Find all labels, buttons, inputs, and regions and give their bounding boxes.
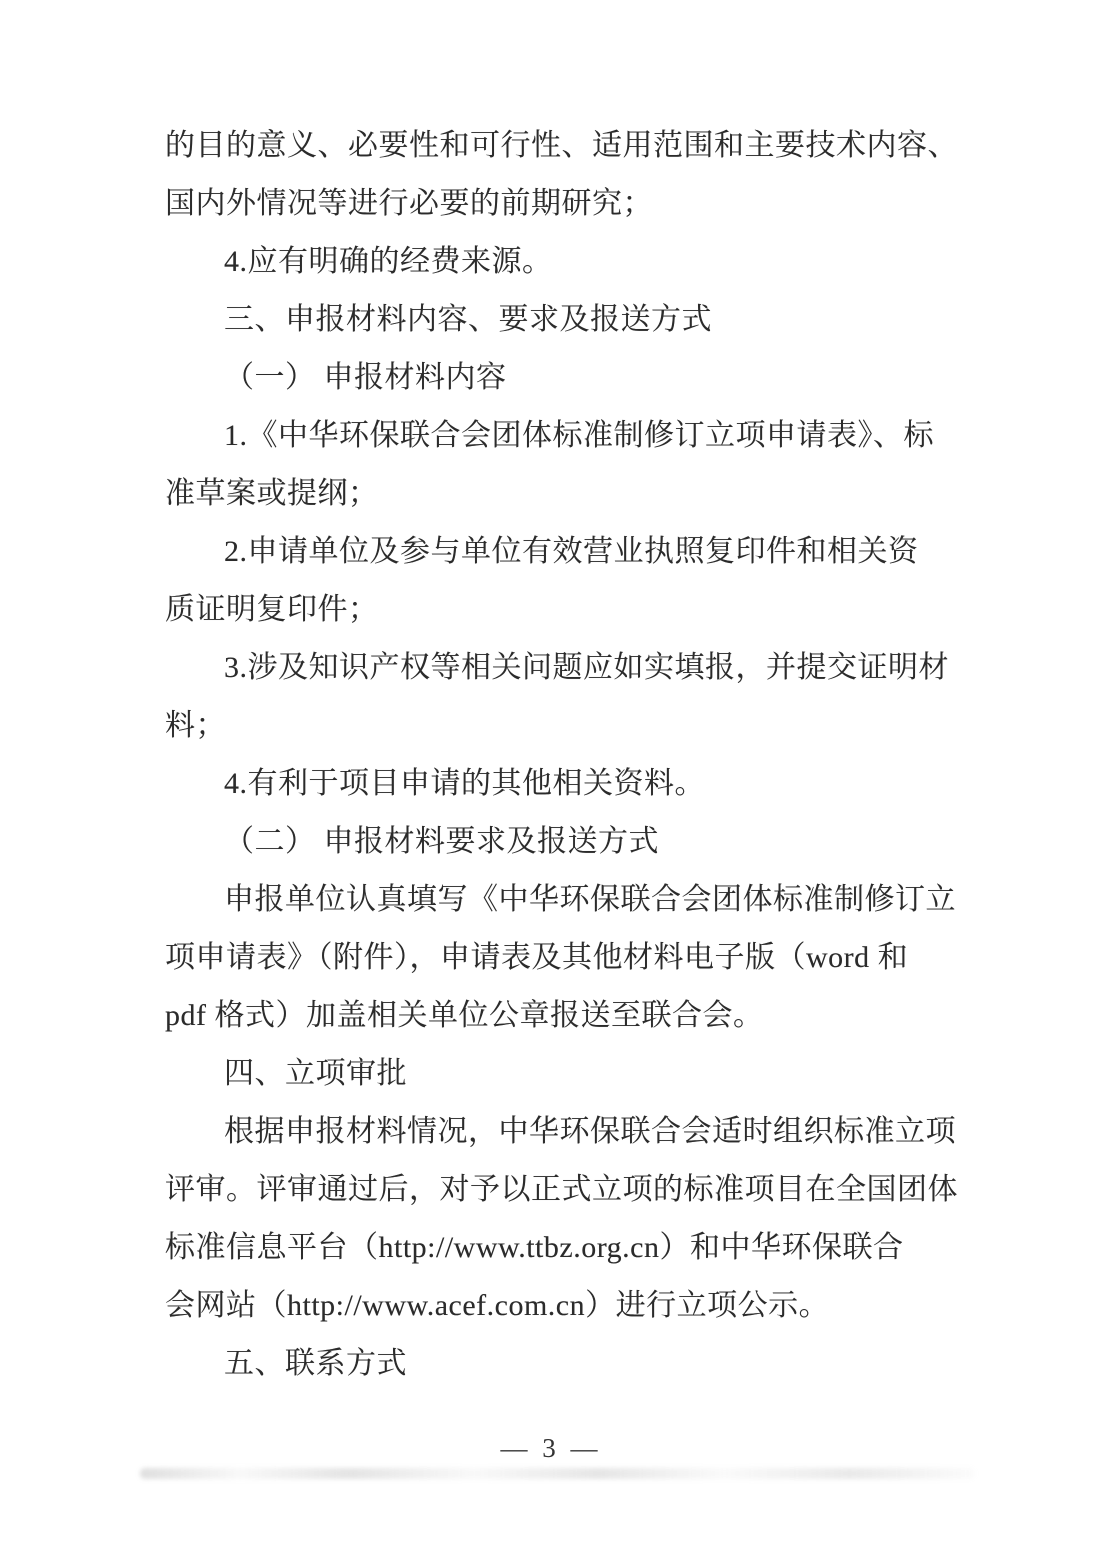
text-line: 三、申报材料内容、要求及报送方式 — [165, 291, 945, 349]
text-line: 4.有利于项目申请的其他相关资料。 — [165, 755, 945, 813]
text-line: （二） 申报材料要求及报送方式 — [165, 813, 945, 871]
text-line: 料； — [165, 697, 945, 755]
text-line: 会网站（http://www.acef.com.cn）进行立项公示。 — [165, 1277, 945, 1335]
text-line: 3.涉及知识产权等相关问题应如实填报，并提交证明材 — [165, 639, 945, 697]
text-line: 项申请表》（附件），申请表及其他材料电子版（word 和 — [165, 929, 945, 987]
text-line: 2.申请单位及参与单位有效营业执照复印件和相关资 — [165, 523, 945, 581]
text-line: 评审。评审通过后，对予以正式立项的标准项目在全国团体 — [165, 1161, 945, 1219]
text-line: 质证明复印件； — [165, 581, 945, 639]
text-line: 1.《中华环保联合会团体标准制修订立项申请表》、标 — [165, 407, 945, 465]
text-line: 申报单位认真填写《中华环保联合会团体标准制修订立 — [165, 871, 945, 929]
text-line: 五、联系方式 — [165, 1335, 945, 1393]
text-line: 根据申报材料情况，中华环保联合会适时组织标准立项 — [165, 1103, 945, 1161]
text-line: 4.应有明确的经费来源。 — [165, 233, 945, 291]
text-line: （一） 申报材料内容 — [165, 349, 945, 407]
document-page: 的目的意义、必要性和可行性、适用范围和主要技术内容、国内外情况等进行必要的前期研… — [0, 0, 1102, 1559]
page-number: — 3 — — [0, 1433, 1102, 1464]
text-line: 准草案或提纲； — [165, 465, 945, 523]
text-line: pdf 格式）加盖相关单位公章报送至联合会。 — [165, 987, 945, 1045]
text-line: 标准信息平台（http://www.ttbz.org.cn）和中华环保联合 — [165, 1219, 945, 1277]
text-line: 四、立项审批 — [165, 1045, 945, 1103]
text-line: 的目的意义、必要性和可行性、适用范围和主要技术内容、 — [165, 117, 945, 175]
scan-artifact — [140, 1468, 975, 1479]
document-body: 的目的意义、必要性和可行性、适用范围和主要技术内容、国内外情况等进行必要的前期研… — [165, 117, 945, 1393]
text-line: 国内外情况等进行必要的前期研究； — [165, 175, 945, 233]
